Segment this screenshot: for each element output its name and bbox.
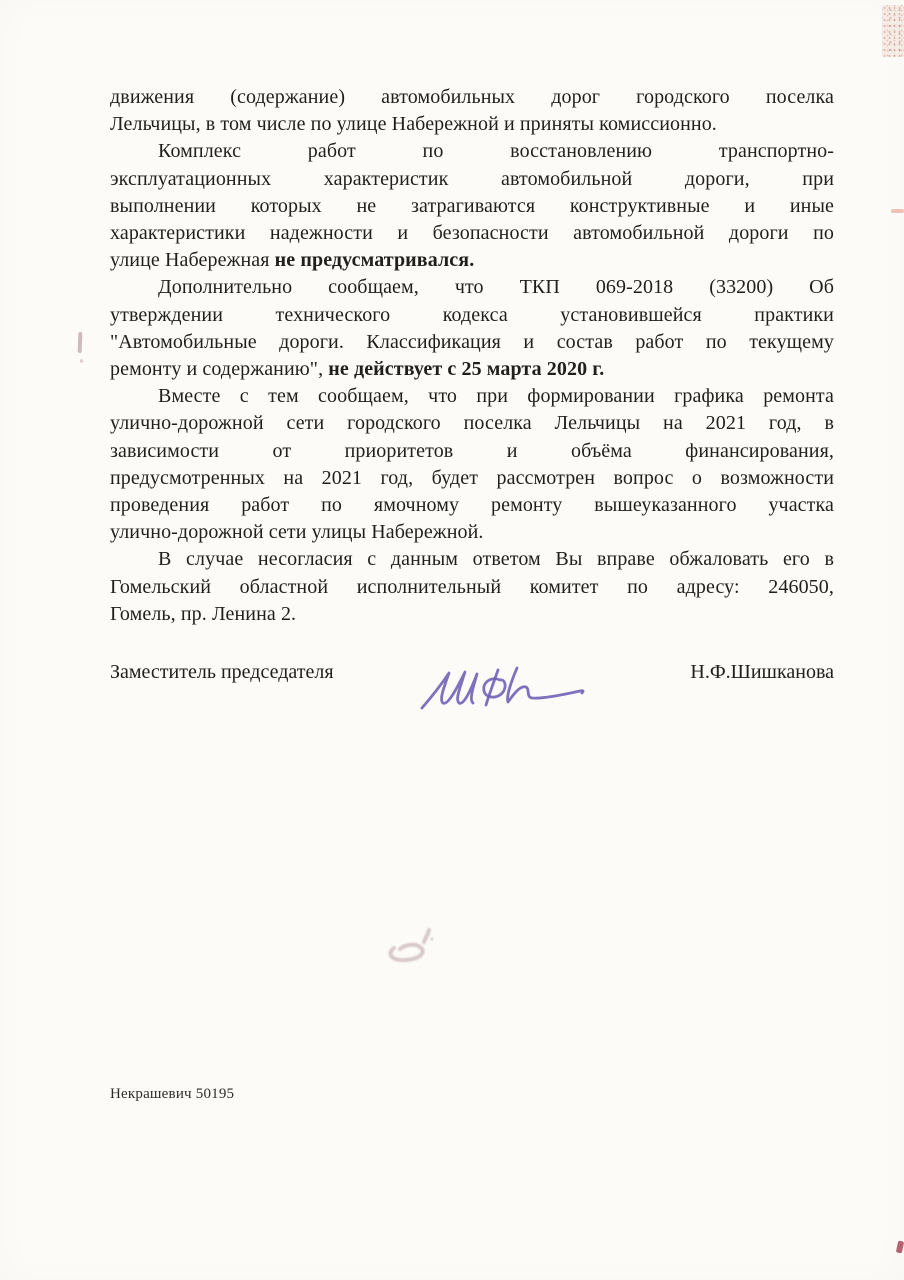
scanned-letter-page: движения (содержание) автомобильных доро… (0, 0, 904, 1280)
paragraph: В случае несогласия с данным ответом Вы … (110, 546, 834, 628)
footer-reference: Некрашевич 50195 (110, 1086, 234, 1103)
signer-name: Н.Ф.Шишканова (690, 661, 834, 684)
scan-artifact-left-tick (78, 332, 83, 353)
signer-role: Заместитель председателя (110, 661, 334, 684)
scan-artifact-left-dot (80, 359, 83, 363)
ink-smudge (382, 922, 446, 970)
scan-artifact-edge-dash (891, 209, 904, 213)
paragraph: движения (содержание) автомобильных доро… (110, 84, 834, 138)
scan-artifact-bottom-right-blob (896, 1241, 904, 1254)
paragraph: Вместе с тем сообщаем, что при формирова… (110, 383, 834, 546)
paragraph: Комплекс работ по восстановлению транспо… (110, 138, 834, 274)
document-body: движения (содержание) автомобильных доро… (110, 84, 834, 628)
handwritten-signature (416, 646, 588, 726)
paragraph: Дополнительно сообщаем, что ТКП 069-2018… (110, 274, 834, 383)
scan-artifact-corner-patch (882, 5, 904, 57)
signature-stroke-icon (416, 646, 588, 726)
